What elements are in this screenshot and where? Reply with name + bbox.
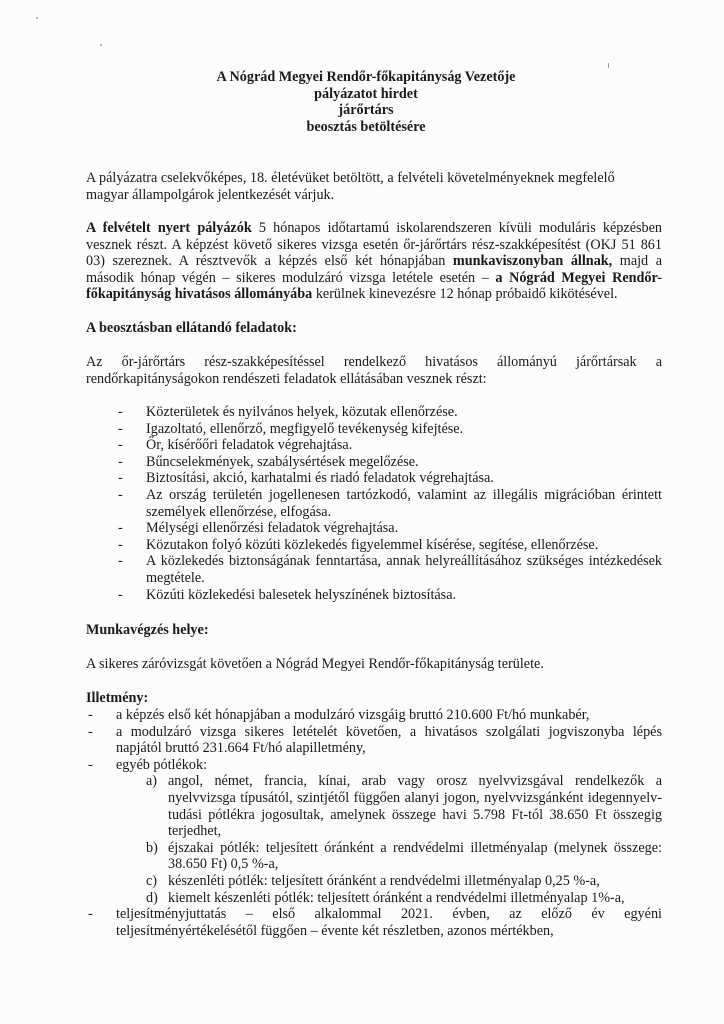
duty-text: Bűncselekmények, szabálysértések megelőz… (146, 454, 419, 470)
title-line-2: pályázatot hirdet (8, 86, 724, 103)
allowance-label: b) (146, 840, 158, 857)
training-bold-1: A felvételt nyert pályázók (86, 220, 252, 236)
training-paragraph: A felvételt nyert pályázók 5 hónapos idő… (86, 220, 662, 303)
scan-speck (36, 17, 38, 19)
document-page: A Nógrád Megyei Rendőr-főkapitányság Vez… (0, 0, 724, 1024)
intro-line-2: magyar állampolgárok jelentkezését várju… (86, 187, 662, 204)
duty-item: -Közúti közlekedési balesetek helyszínén… (118, 587, 662, 604)
salary-item: -a képzés első két hónapjában a modulzár… (88, 707, 662, 724)
duty-text: Közúti közlekedési balesetek helyszínéne… (146, 587, 456, 603)
duties-list: -Közterületek és nyilvános helyek, közut… (118, 404, 662, 603)
salary-list: -a képzés első két hónapjában a modulzár… (88, 707, 662, 939)
scan-speck (100, 44, 102, 46)
document-title: A Nógrád Megyei Rendőr-főkapitányság Vez… (0, 69, 724, 135)
allowance-item: a)angol, német, francia, kínai, arab vag… (146, 773, 662, 839)
salary-text: egyéb pótlékok: (116, 757, 207, 773)
duty-item: -Őr, kísérőőri feladatok végrehajtása. (118, 437, 662, 454)
duty-text: Igazoltató, ellenőrző, megfigyelő tevéke… (146, 421, 463, 437)
allowance-list: a)angol, német, francia, kínai, arab vag… (88, 773, 662, 906)
duty-item: -Bűncselekmények, szabálysértések megelő… (118, 454, 662, 471)
duty-text: Őr, kísérőőri feladatok végrehajtása. (146, 437, 352, 453)
workplace-heading: Munkavégzés helye: (86, 622, 662, 639)
bullet-dash: - (88, 757, 93, 774)
scan-speck (608, 63, 609, 68)
bullet-dash: - (118, 454, 123, 471)
salary-text: teljesítményjuttatás – első alkalommal 2… (116, 906, 662, 939)
duty-item: -Igazoltató, ellenőrző, megfigyelő tevék… (118, 421, 662, 438)
duty-text: A közlekedés biztonságának fenntartása, … (146, 553, 662, 586)
allowance-item: b)éjszakai pótlék: teljesített óránként … (146, 840, 662, 873)
duty-item: -Biztosítási, akció, karhatalmi és riadó… (118, 470, 662, 487)
intro-paragraph: A pályázatra cselekvőképes, 18. életévük… (86, 170, 662, 203)
allowance-item: c)készenléti pótlék: teljesített óránkén… (146, 873, 662, 890)
salary-item: -egyéb pótlékok: (88, 757, 662, 774)
duty-item: -A közlekedés biztonságának fenntartása,… (118, 553, 662, 586)
duty-item: -Az ország területén jogellenesen tartóz… (118, 487, 662, 520)
title-line-1: A Nógrád Megyei Rendőr-főkapitányság Vez… (8, 69, 724, 86)
bullet-dash: - (118, 421, 123, 438)
bullet-dash: - (118, 487, 123, 504)
duty-text: Az ország területén jogellenesen tartózk… (146, 487, 662, 520)
bullet-dash: - (118, 470, 123, 487)
bullet-dash: - (118, 520, 123, 537)
allowance-label: a) (146, 773, 157, 790)
allowance-text: éjszakai pótlék: teljesített óránként a … (168, 840, 662, 873)
duty-text: Közterületek és nyilvános helyek, közuta… (146, 404, 458, 420)
duty-text: Biztosítási, akció, karhatalmi és riadó … (146, 470, 494, 486)
bullet-dash: - (118, 553, 123, 570)
salary-heading: Illetmény: (86, 690, 662, 707)
intro-line-1: A pályázatra cselekvőképes, 18. életévük… (86, 170, 662, 187)
bullet-dash: - (118, 587, 123, 604)
allowance-text: készenléti pótlék: teljesített óránként … (168, 873, 600, 889)
duty-item: -Közterületek és nyilvános helyek, közut… (118, 404, 662, 421)
bullet-dash: - (118, 437, 123, 454)
title-line-3: járőrtárs (8, 102, 724, 119)
bullet-dash: - (118, 537, 123, 554)
allowance-label: c) (146, 873, 157, 890)
bullet-dash: - (118, 404, 123, 421)
bullet-dash: - (88, 906, 93, 923)
duties-heading: A beosztásban ellátandó feladatok: (86, 320, 662, 337)
training-text-3: kerülnek kinevezésre 12 hónap próbaidő k… (312, 286, 617, 302)
allowance-text: angol, német, francia, kínai, arab vagy … (168, 773, 662, 839)
allowance-item: d)kiemelt készenléti pótlék: teljesített… (146, 890, 662, 907)
salary-item: -teljesítményjuttatás – első alkalommal … (88, 906, 662, 939)
allowance-text: kiemelt készenléti pótlék: teljesített ó… (168, 890, 625, 906)
training-bold-2: munkaviszonyban állnak, (453, 253, 612, 269)
salary-item: -a modulzáró vizsga sikeres letételét kö… (88, 724, 662, 757)
title-line-4: beosztás betöltésére (8, 119, 724, 136)
duties-intro: Az őr-járőrtárs rész-szakképesítéssel re… (86, 354, 662, 387)
allowance-label: d) (146, 890, 158, 907)
duty-text: Közutakon folyó közúti közlekedés figyel… (146, 537, 598, 553)
salary-text: a modulzáró vizsga sikeres letételét köv… (116, 724, 662, 757)
bullet-dash: - (88, 707, 93, 724)
duty-item: -Közutakon folyó közúti közlekedés figye… (118, 537, 662, 554)
workplace-text: A sikeres záróvizsgát követően a Nógrád … (86, 656, 662, 673)
salary-text: a képzés első két hónapjában a modulzáró… (116, 707, 589, 723)
duty-text: Mélységi ellenőrzési feladatok végrehajt… (146, 520, 398, 536)
duty-item: -Mélységi ellenőrzési feladatok végrehaj… (118, 520, 662, 537)
bullet-dash: - (88, 724, 93, 741)
